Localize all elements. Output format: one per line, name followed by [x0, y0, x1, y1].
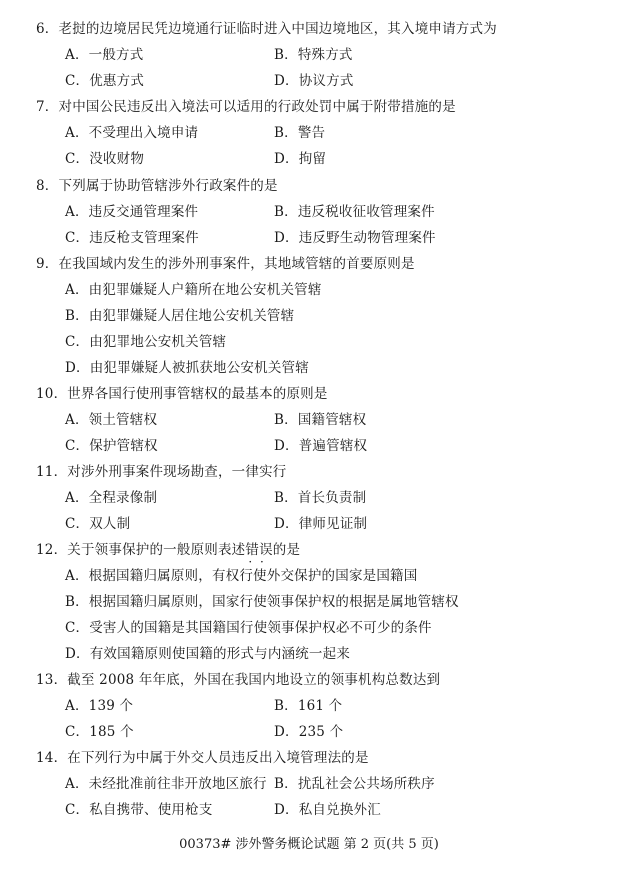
question-9-stem: 9．在我国域内发生的涉外刑事案件，其地域管辖的首要原则是: [36, 255, 415, 273]
question-8-stem: 8．下列属于协助管辖涉外行政案件的是: [36, 177, 278, 195]
question-14-option-d: D．私自兑换外汇: [274, 801, 381, 819]
question-7-option-c: C．没收财物: [65, 150, 144, 168]
question-10-option-b: B．国籍管辖权: [274, 411, 366, 429]
question-11-stem: 11．对涉外刑事案件现场勘查，一律实行: [36, 463, 286, 481]
question-7-option-d: D．拘留: [274, 150, 326, 168]
question-9-option-a: A．由犯罪嫌疑人户籍所在地公安机关管辖: [65, 281, 322, 299]
question-10-option-a: A．领土管辖权: [65, 411, 157, 429]
question-12-option-a: A．根据国籍归属原则，有权行使外交保护的国家是国籍国: [65, 567, 417, 585]
question-14-option-c: C．私自携带、使用枪支: [65, 801, 213, 819]
question-8-option-b: B．违反税收征收管理案件: [274, 203, 435, 221]
question-14-option-a: A．未经批准前往非开放地区旅行: [65, 775, 267, 793]
question-7-option-b: B．警告: [274, 124, 325, 142]
exam-page: 6．老挝的边境居民凭边境通行证临时进入中国边境地区，其入境申请方式为 A．一般方…: [0, 0, 618, 890]
question-7-stem: 7．对中国公民违反出入境法可以适用的行政处罚中属于附带措施的是: [36, 98, 456, 116]
question-6-option-b: B．特殊方式: [274, 46, 353, 64]
question-6-option-a: A．一般方式: [65, 46, 143, 64]
question-12-stem-before: 12．关于领事保护的一般原则表述: [36, 542, 245, 558]
question-11-option-c: C．双人制: [65, 515, 130, 533]
question-13-option-a: A．139 个: [65, 697, 133, 715]
question-10-option-d: D．普遍管辖权: [274, 437, 367, 455]
question-11-option-d: D．律师见证制: [274, 515, 367, 533]
question-11-option-a: A．全程录像制: [65, 489, 157, 507]
question-6-option-d: D．协议方式: [274, 72, 354, 90]
question-10-option-c: C．保护管辖权: [65, 437, 158, 455]
question-10-stem: 10．世界各国行使刑事管辖权的最基本的原则是: [36, 385, 328, 403]
question-11-option-b: B．首长负责制: [274, 489, 366, 507]
question-12-option-c: C．受害人的国籍是其国籍国行使领事保护权必不可少的条件: [65, 619, 432, 637]
question-13-stem: 13．截至 2008 年年底，外国在我国内地设立的领事机构总数达到: [36, 671, 440, 689]
question-12-stem: 12．关于领事保护的一般原则表述错误的是: [36, 541, 300, 559]
question-14-stem: 14．在下列行为中属于外交人员违反出入境管理法的是: [36, 749, 369, 767]
question-9-option-c: C．由犯罪地公安机关管辖: [65, 333, 226, 351]
question-9-option-b: B．由犯罪嫌疑人居住地公安机关管辖: [65, 307, 294, 325]
question-14-option-b: B．扰乱社会公共场所秩序: [274, 775, 435, 793]
question-12-option-b: B．根据国籍归属原则，国家行使领事保护权的根据是属地管辖权: [65, 593, 459, 611]
question-7-option-a: A．不受理出入境申请: [65, 124, 198, 142]
question-6-stem: 6．老挝的边境居民凭边境通行证临时进入中国边境地区，其入境申请方式为: [36, 20, 497, 38]
question-8-option-a: A．违反交通管理案件: [65, 203, 198, 221]
page-footer: 00373# 涉外警务概论试题 第 2 页(共 5 页): [0, 836, 618, 854]
question-9-option-d: D．由犯罪嫌疑人被抓获地公安机关管辖: [65, 359, 309, 377]
question-13-option-d: D．235 个: [274, 723, 343, 741]
question-8-option-d: D．违反野生动物管理案件: [274, 229, 436, 247]
question-12-stem-emphasis: 错误: [245, 542, 272, 558]
question-8-option-c: C．违反枪支管理案件: [65, 229, 199, 247]
question-12-stem-after: 的是: [273, 542, 300, 558]
question-13-option-c: C．185 个: [65, 723, 134, 741]
question-13-option-b: B．161 个: [274, 697, 342, 715]
question-12-option-d: D．有效国籍原则使国籍的形式与内涵统一起来: [65, 645, 350, 663]
question-6-option-c: C．优惠方式: [65, 72, 144, 90]
